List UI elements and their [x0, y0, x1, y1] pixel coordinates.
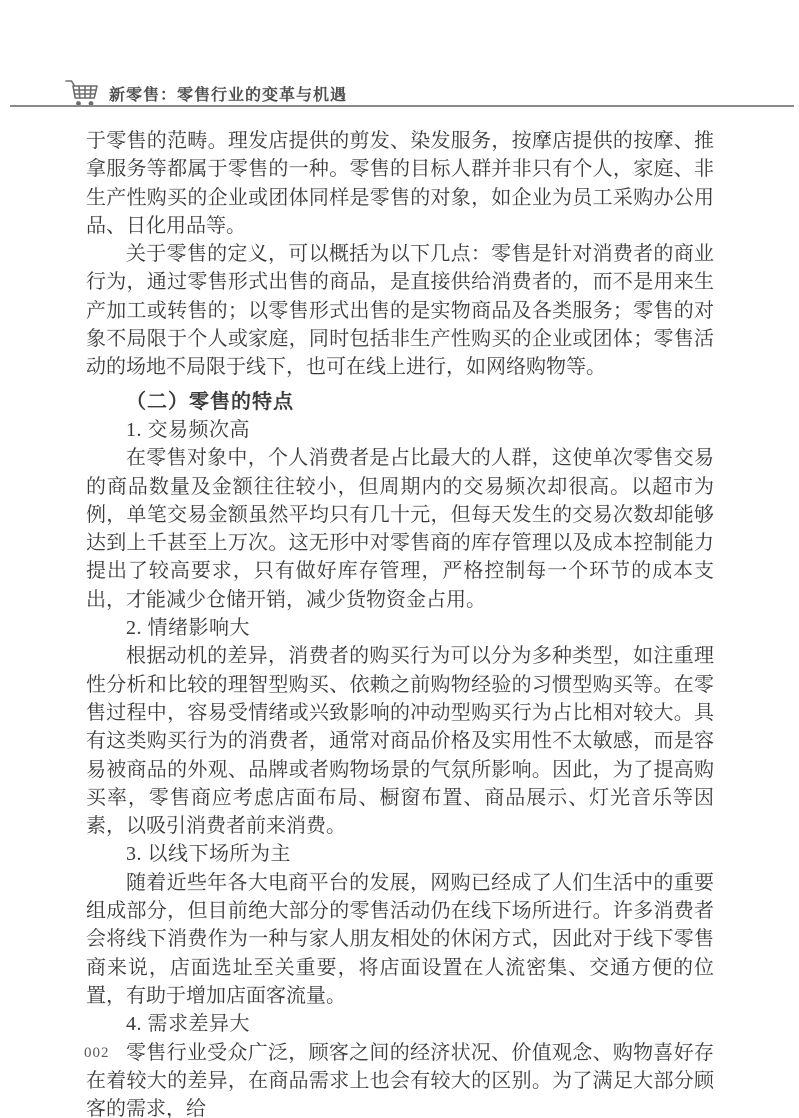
body-paragraph: 于零售的范畴。理发店提供的剪发、染发服务，按摩店提供的按摩、推拿服务等都属于零售… — [86, 127, 714, 240]
body-paragraph: 零售行业受众广泛，顾客之间的经济状况、价值观念、购物喜好存在着较大的差异，在商品… — [86, 1039, 714, 1118]
section-heading: （二）零售的特点 — [86, 388, 714, 416]
body-paragraph: 随着近些年各大电商平台的发展，网购已经成了人们生活中的重要组成部分，但目前绝大部… — [86, 869, 714, 1010]
numbered-subheading: 4. 需求差异大 — [86, 1010, 714, 1038]
page-number: 002 — [84, 1045, 110, 1062]
numbered-subheading: 1. 交易频次高 — [86, 416, 714, 444]
body-paragraph: 根据动机的差异，消费者的购买行为可以分为多种类型，如注重理性分析和比较的理智型购… — [86, 642, 714, 840]
body-paragraph: 在零售对象中，个人消费者是占比最大的人群，这使单次零售交易的商品数量及金额往往较… — [86, 444, 714, 614]
running-head: 新零售：零售行业的变革与机遇 — [64, 78, 347, 108]
header-rule — [10, 105, 794, 107]
numbered-subheading: 2. 情绪影响大 — [86, 614, 714, 642]
page-content: 于零售的范畴。理发店提供的剪发、染发服务，按摩店提供的按摩、推拿服务等都属于零售… — [86, 127, 714, 1118]
shopping-cart-icon — [64, 78, 100, 108]
running-head-title: 新零售：零售行业的变革与机遇 — [109, 82, 347, 105]
numbered-subheading: 3. 以线下场所为主 — [86, 840, 714, 868]
body-paragraph: 关于零售的定义，可以概括为以下几点：零售是针对消费者的商业行为，通过零售形式出售… — [86, 240, 714, 381]
book-page: 新零售：零售行业的变革与机遇 于零售的范畴。理发店提供的剪发、染发服务，按摩店提… — [0, 0, 799, 1118]
